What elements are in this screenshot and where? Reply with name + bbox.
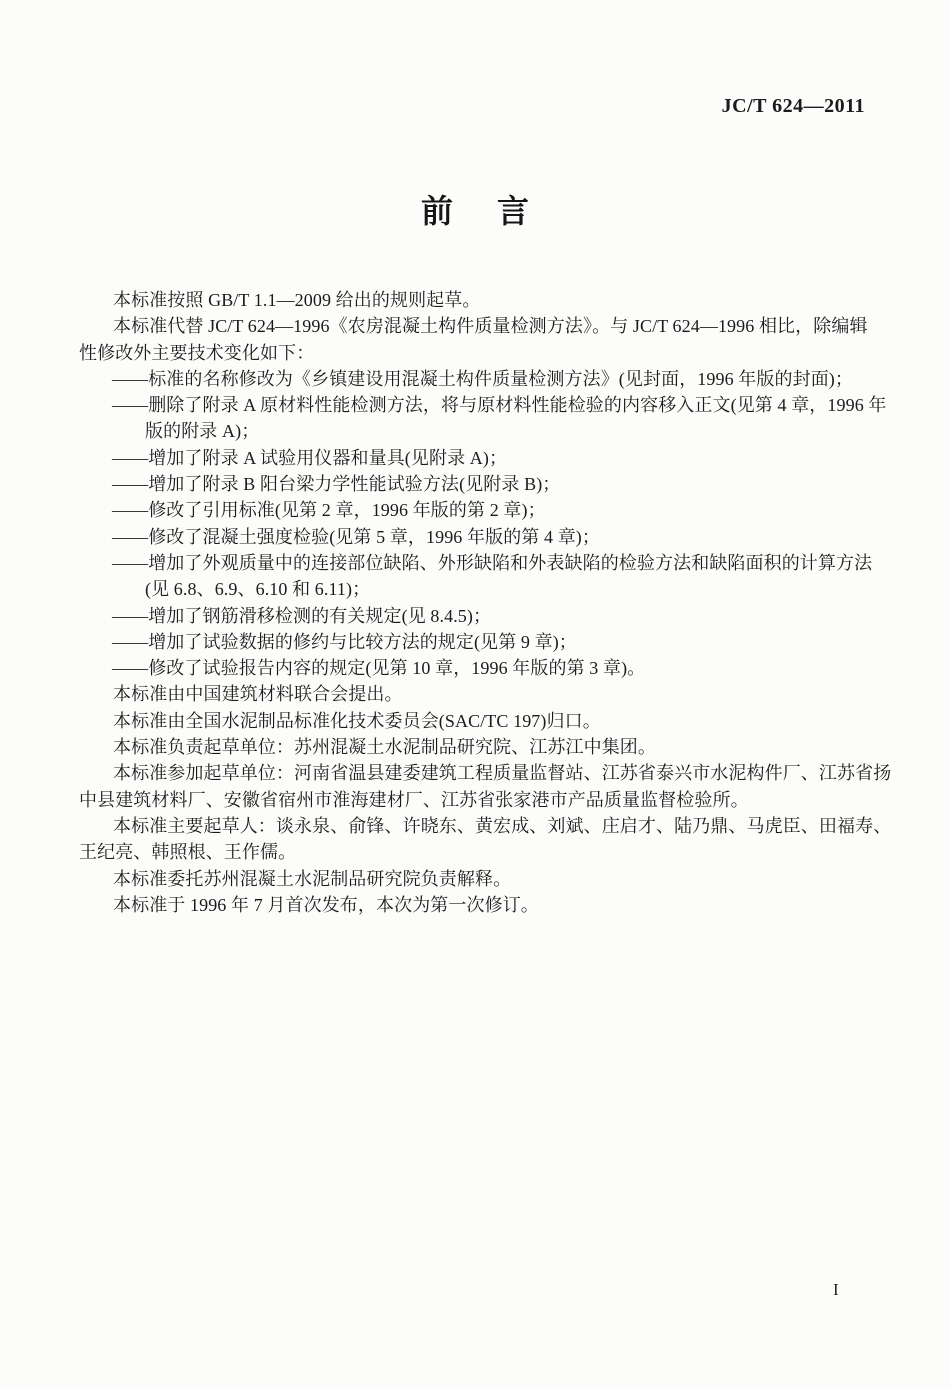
body-line: ——增加了试验数据的修约与比较方法的规定(见第 9 章)； — [79, 629, 873, 655]
body-line: 本标准代替 JC/T 624—1996《农房混凝土构件质量检测方法》。与 JC/… — [79, 313, 873, 339]
body-line: 中县建筑材料厂、安徽省宿州市淮海建材厂、江苏省张家港市产品质量监督检验所。 — [79, 787, 873, 813]
body-line: 本标准主要起草人：谈永泉、俞锋、许晓东、黄宏成、刘斌、庄启才、陆乃鼎、马虎臣、田… — [79, 813, 873, 839]
body-line: ——增加了附录 A 试验用仪器和量具(见附录 A)； — [79, 445, 873, 471]
body-line: 版的附录 A)； — [79, 418, 873, 444]
body-line: 本标准负责起草单位：苏州混凝土水泥制品研究院、江苏江中集团。 — [79, 734, 873, 760]
standard-code-header: JC/T 624—2011 — [722, 95, 865, 118]
page-number: I — [833, 1280, 839, 1300]
body-line: 本标准参加起草单位：河南省温县建委建筑工程质量监督站、江苏省泰兴市水泥构件厂、江… — [79, 760, 873, 786]
body-line: ——增加了外观质量中的连接部位缺陷、外形缺陷和外表缺陷的检验方法和缺陷面积的计算… — [79, 550, 873, 576]
body-line: 本标准按照 GB/T 1.1—2009 给出的规则起草。 — [79, 287, 873, 313]
body-line: 本标准由中国建筑材料联合会提出。 — [79, 681, 873, 707]
body-line: 本标准由全国水泥制品标准化技术委员会(SAC/TC 197)归口。 — [79, 708, 873, 734]
body-line: (见 6.8、6.9、6.10 和 6.11)； — [79, 576, 873, 602]
body-line: 本标准委托苏州混凝土水泥制品研究院负责解释。 — [79, 866, 873, 892]
page-title: 前 言 — [0, 186, 950, 232]
body-line: ——增加了钢筋滑移检测的有关规定(见 8.4.5)； — [79, 603, 873, 629]
body-line: ——修改了引用标准(见第 2 章，1996 年版的第 2 章)； — [79, 497, 873, 523]
foreword-body: 本标准按照 GB/T 1.1—2009 给出的规则起草。本标准代替 JC/T 6… — [79, 287, 873, 918]
body-line: ——删除了附录 A 原材料性能检测方法，将与原材料性能检验的内容移入正文(见第 … — [79, 392, 873, 418]
body-line: 王纪亮、韩照根、王作儒。 — [79, 839, 873, 865]
body-line: ——修改了混凝土强度检验(见第 5 章，1996 年版的第 4 章)； — [79, 524, 873, 550]
title-char-qian: 前 — [421, 186, 453, 232]
body-line: ——增加了附录 B 阳台梁力学性能试验方法(见附录 B)； — [79, 471, 873, 497]
body-line: ——标准的名称修改为《乡镇建设用混凝土构件质量检测方法》(见封面，1996 年版… — [79, 366, 873, 392]
title-char-yan: 言 — [497, 186, 529, 232]
body-line: 本标准于 1996 年 7 月首次发布，本次为第一次修订。 — [79, 892, 873, 918]
body-line: ——修改了试验报告内容的规定(见第 10 章，1996 年版的第 3 章)。 — [79, 655, 873, 681]
document-page: JC/T 624—2011 前 言 本标准按照 GB/T 1.1—2009 给出… — [0, 0, 950, 1388]
body-line: 性修改外主要技术变化如下： — [79, 340, 873, 366]
